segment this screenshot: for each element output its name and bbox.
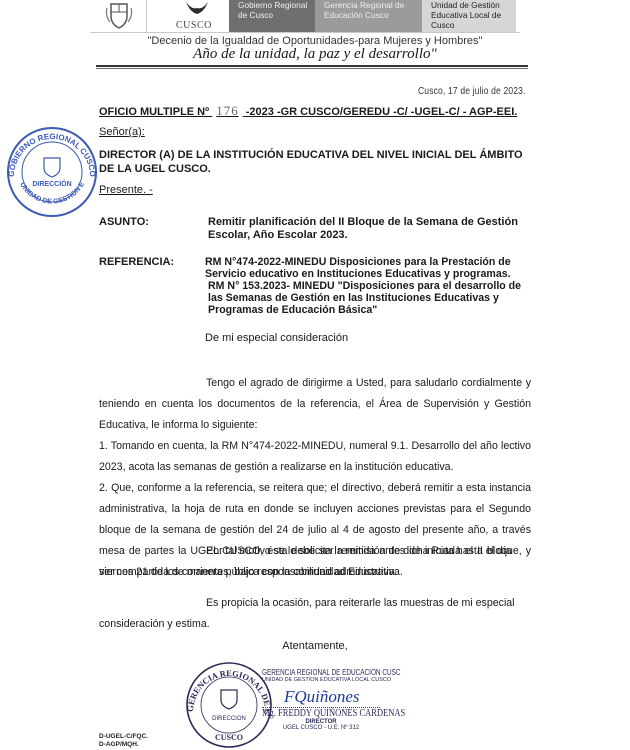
- oficio-number: 176: [212, 103, 243, 118]
- header-ugel-line-1: Unidad de Gestión: [431, 0, 516, 10]
- header-gerencia-regional: Gerencia Regional de Educación Cusco: [315, 0, 422, 33]
- oficio-reference: OFICIO MULTIPLE Nº 176 -2023 -GR CUSCO/G…: [99, 103, 517, 119]
- recipient: DIRECTOR (A) DE LA INSTITUCIÓN EDUCATIVA…: [99, 148, 529, 176]
- header-ugel: Unidad de Gestión Educativa Local de Cus…: [422, 0, 516, 33]
- document-initials: D-UGEL-C/FQC. D-AGP/MQH.: [99, 733, 148, 749]
- year-motto: Año de la unidad, la paz y el desarrollo…: [0, 46, 630, 63]
- title-rule-thick: [96, 65, 528, 67]
- document-date: Cusco, 17 de julio de 2023.: [418, 86, 526, 97]
- referencia-item: RM N°474-2022-MINEDU Disposiciones para …: [205, 256, 535, 280]
- closing: Atentamente,: [0, 640, 630, 652]
- svg-text:CUSCO: CUSCO: [215, 733, 243, 742]
- signatory-ugel: UGEL CUSCO - U.E. Nº 312: [262, 725, 380, 731]
- condor-icon: [184, 0, 210, 16]
- signature-unit: UNIDAD DE GESTION EDUCATIVA LOCAL CUSCO: [262, 677, 402, 683]
- svg-text:GERENCIA REGIONAL DE EDUCACION: GERENCIA REGIONAL DE EDUCACION: [184, 660, 273, 715]
- header-gobierno-line-1: Gobierno Regional: [238, 0, 315, 10]
- header-gobierno-line-2: de Cusco: [238, 10, 315, 20]
- presente: Presente. -: [99, 184, 153, 196]
- referencia-list: RM N°474-2022-MINEDU Disposiciones para …: [205, 256, 535, 316]
- header-gerencia-line-1: Gerencia Regional de: [324, 0, 422, 10]
- asunto-text: Remitir planificación del II Bloque de l…: [208, 216, 538, 242]
- gerencia-stamp-icon: GERENCIA REGIONAL DE EDUCACION DIRECCION…: [184, 660, 274, 750]
- svg-text:DIRECCIÓN: DIRECCIÓN: [32, 179, 71, 188]
- header-ugel-line-2: Educativa Local de: [431, 10, 516, 20]
- header-divider: [90, 32, 520, 33]
- signature-block: GERENCIA REGIONAL DE EDUCACION CUSC UNID…: [262, 668, 402, 731]
- signature-institution: GERENCIA REGIONAL DE EDUCACION CUSC: [262, 668, 374, 677]
- point-1: 1. Tomando en cuenta, la RM N°474-2022-M…: [99, 436, 531, 478]
- body-paragraph-2: Por tal motivo se le solicita la remisió…: [99, 541, 531, 583]
- header-ugel-line-3: Cusco: [431, 20, 516, 30]
- asunto-label: ASUNTO:: [99, 216, 149, 228]
- cusco-logo-text: CUSCO: [176, 20, 212, 31]
- initials-line: D-UGEL-C/FQC.: [99, 733, 148, 741]
- svg-text:GOBIERNO REGIONAL CUSCO: GOBIERNO REGIONAL CUSCO: [7, 132, 97, 177]
- referencia-label: REFERENCIA:: [99, 256, 174, 268]
- initials-line: D-AGP/MQH.: [99, 741, 148, 749]
- header-gerencia-line-2: Educación Cusco: [324, 10, 422, 20]
- direccion-stamp-icon: GOBIERNO REGIONAL CUSCO UNIDAD DE GESTIO…: [2, 122, 102, 222]
- coat-of-arms-icon: [104, 0, 134, 30]
- title-rule-thin: [96, 68, 528, 69]
- oficio-prefix: OFICIO MULTIPLE Nº: [99, 106, 209, 118]
- svg-text:DIRECCION: DIRECCION: [212, 716, 246, 722]
- oficio-suffix: -2023 -GR CUSCO/GEREDU -C/ -UGEL-C/ - AG…: [246, 106, 518, 118]
- handwritten-signature: FQuiñones: [284, 687, 402, 707]
- header-gobierno-regional: Gobierno Regional de Cusco: [229, 0, 315, 33]
- salutation: Señor(a):: [99, 126, 145, 138]
- body-paragraph-3: Es propicia la ocasión, para reiterarle …: [99, 593, 531, 635]
- signatory-name: Mg. FREDDY QUIÑONES CARDENAS: [262, 708, 381, 719]
- referencia-item: RM N° 153.2023- MINEDU "Disposiciones pa…: [205, 280, 535, 316]
- consideration-line: De mi especial consideración: [205, 332, 348, 344]
- intro-text: Tengo el agrado de dirigirme a Usted, pa…: [99, 373, 531, 436]
